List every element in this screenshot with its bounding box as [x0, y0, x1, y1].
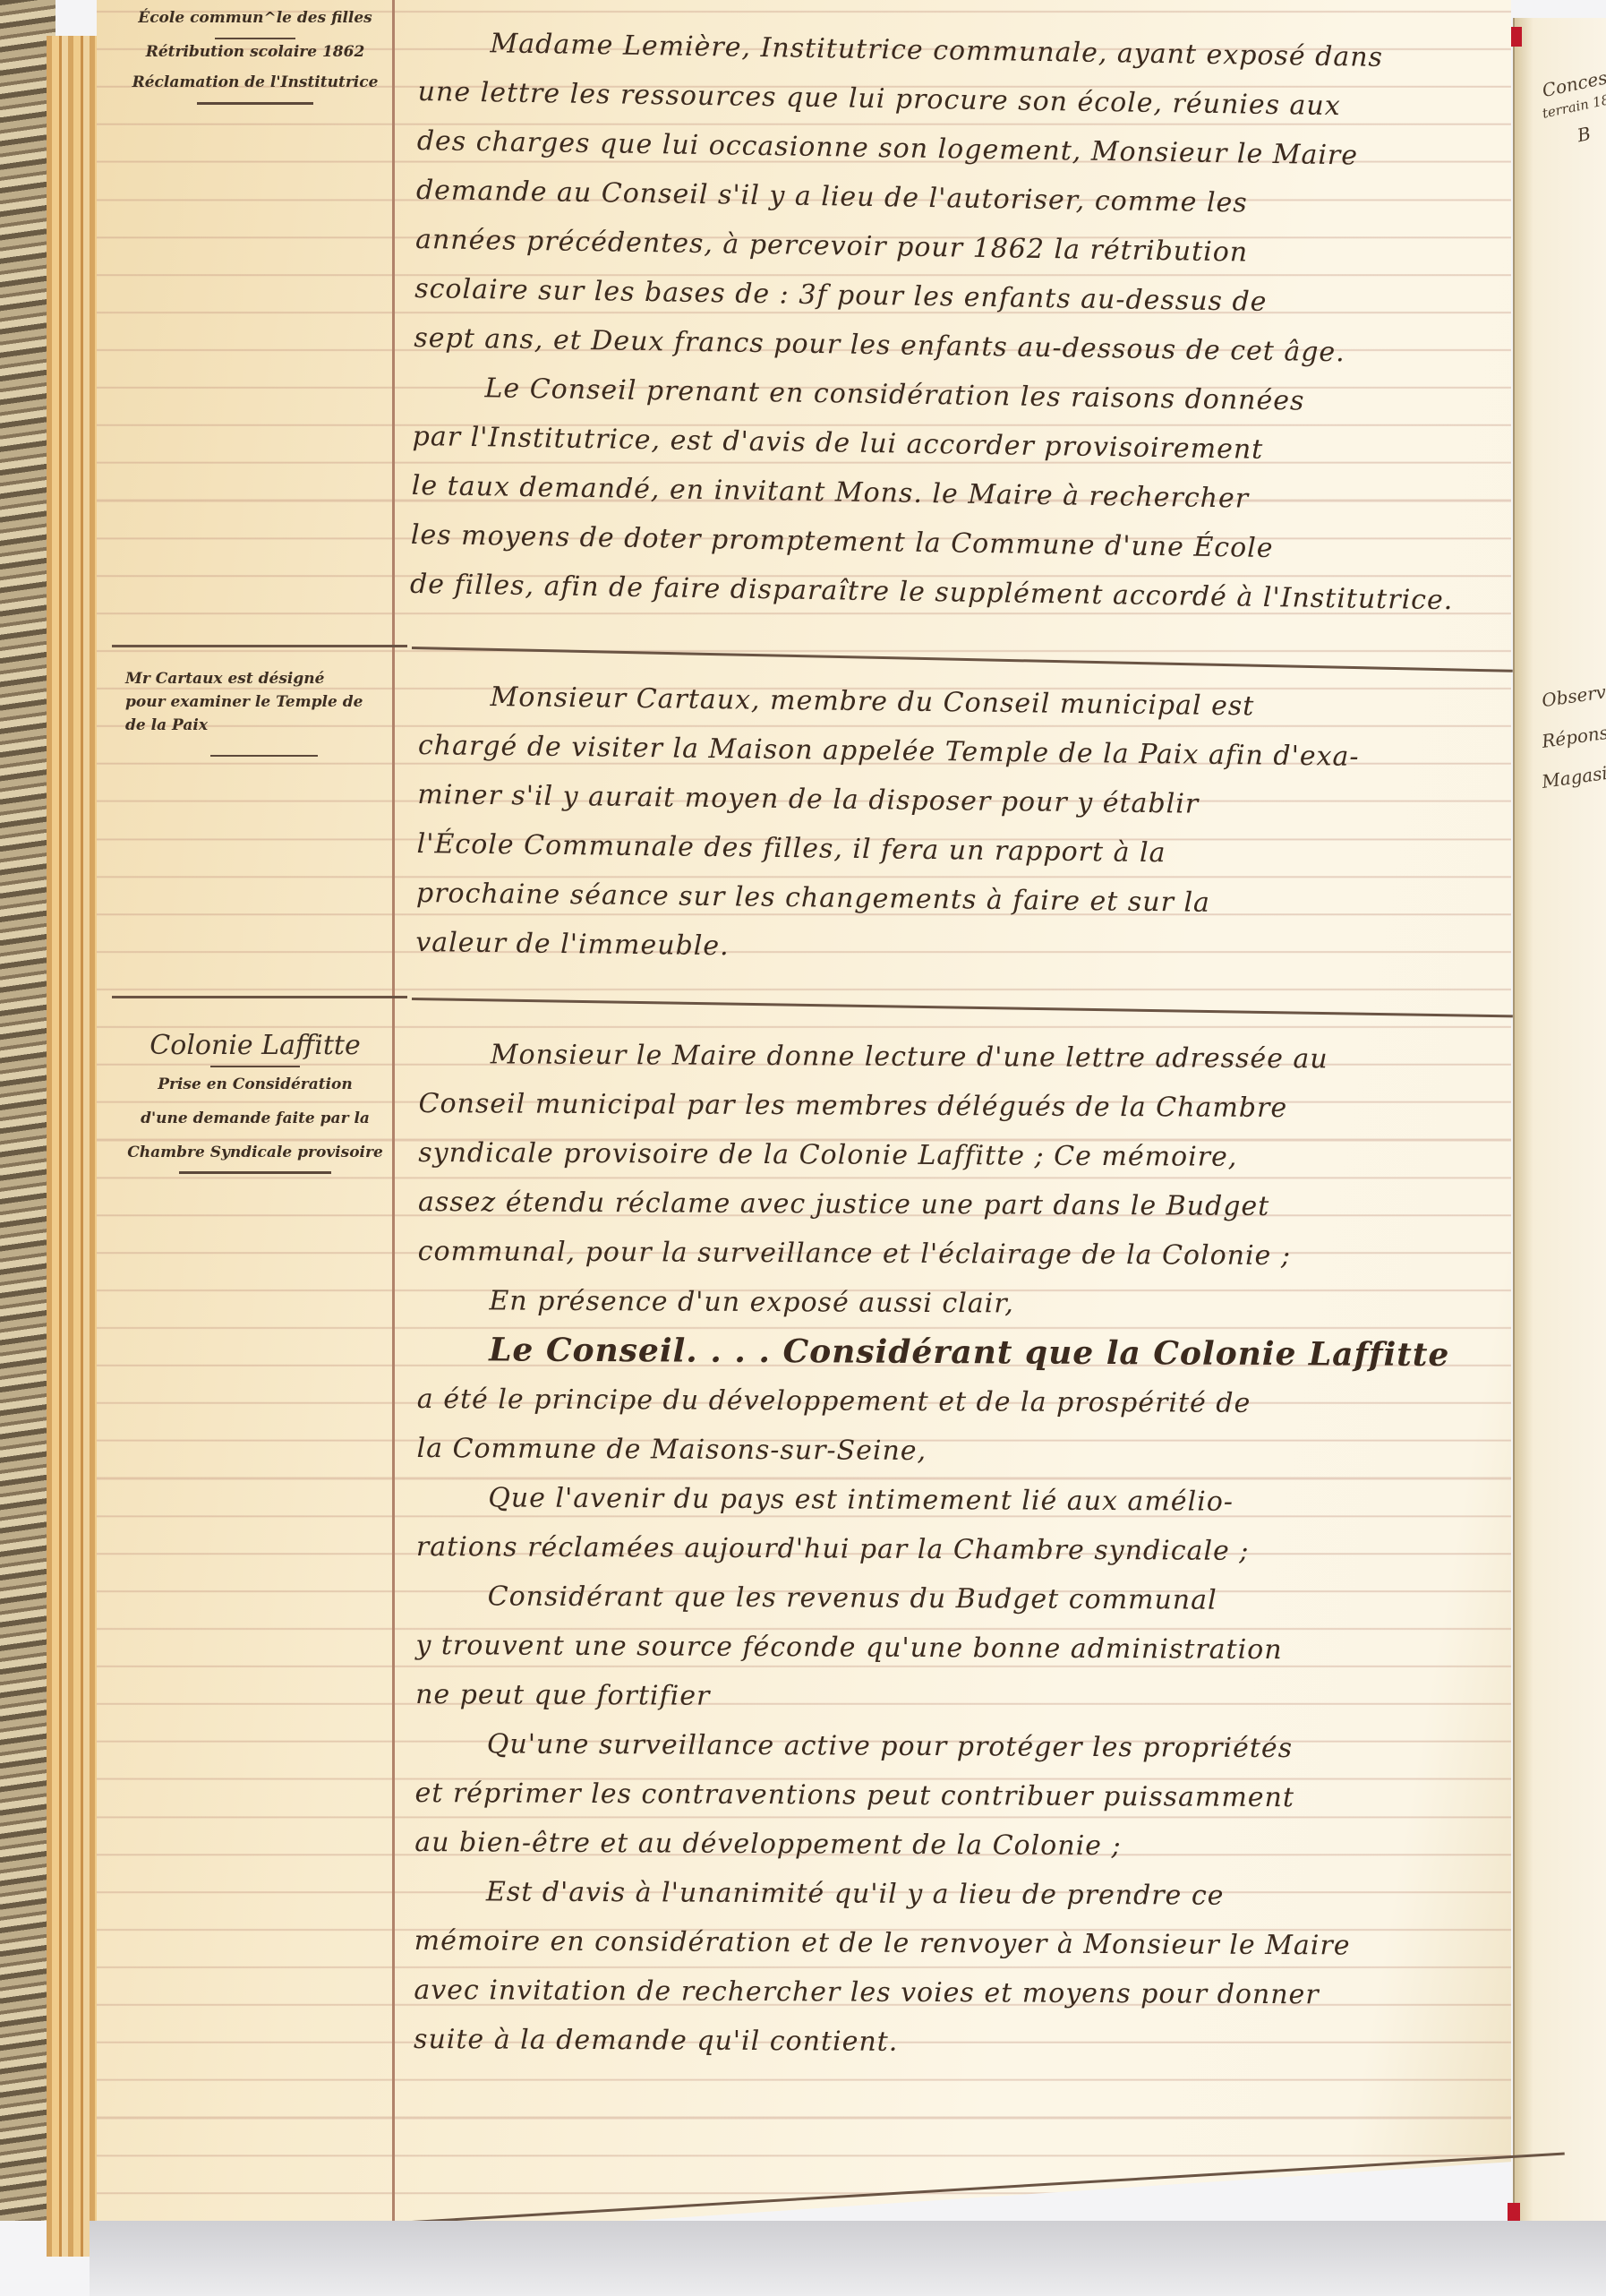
text-line: Le Conseil. . . . Considérant que la Col…	[417, 1325, 1527, 1380]
text-line: avec invitation de rechercher les voies …	[414, 1966, 1524, 2020]
margin-note-line: de la Paix	[125, 714, 403, 737]
text-line: Conseil municipal par les membres délégu…	[418, 1079, 1528, 1134]
text-line: Que l'avenir du pays est intimement lié …	[416, 1473, 1526, 1528]
text-line: syndicale provisoire de la Colonie Laffi…	[418, 1128, 1528, 1183]
margin-note-ecole-filles: École commun^le des filles Rétribution s…	[107, 0, 403, 105]
margin-note-line: Réclamation de l'Institutrice	[107, 64, 403, 100]
text-line: Considérant que les revenus du Budget co…	[416, 1572, 1526, 1626]
facing-page-fragment: Réponse	[1541, 720, 1606, 752]
facing-page-fragment: Observ.	[1541, 681, 1606, 711]
text-line: y trouvent une source féconde qu'une bon…	[415, 1621, 1525, 1675]
text-line: mémoire en considération et de le renvoy…	[414, 1916, 1525, 1971]
background-surface	[90, 2221, 1606, 2296]
note-underline	[179, 1171, 331, 1174]
text-line: au bien-être et au développement de la C…	[414, 1818, 1525, 1872]
margin-note-cartaux: Mr Cartaux est désigné pour examiner le …	[107, 667, 403, 757]
text-line: la Commune de Maisons-sur-Seine,	[416, 1424, 1526, 1478]
section-divider	[112, 996, 407, 998]
text-line: ne peut que fortifier	[415, 1670, 1525, 1725]
text-line: rations réclamées aujourd'hui par la Cha…	[416, 1522, 1526, 1577]
note-underline	[210, 755, 318, 757]
section-divider	[112, 645, 407, 647]
facing-page-fragment: B	[1576, 123, 1593, 147]
text-line: assez étendu réclame avec justice une pa…	[418, 1178, 1528, 1232]
entry-cartaux: Monsieur Cartaux, membre du Conseil muni…	[415, 672, 1529, 981]
text-line: et réprimer les contraventions peut cont…	[414, 1769, 1525, 1823]
text-line: Monsieur le Maire donne lecture d'une le…	[419, 1030, 1529, 1084]
note-underline	[197, 102, 313, 105]
bookmark-ribbon-bottom	[1508, 2203, 1520, 2223]
text-line: a été le principe du développement et de…	[417, 1375, 1527, 1429]
entry-colonie-laffitte: Monsieur le Maire donne lecture d'une le…	[414, 1030, 1529, 2069]
entry-ecole-filles: Madame Lemière, Institutrice communale, …	[410, 18, 1529, 626]
margin-note-line: Chambre Syndicale provisoire	[107, 1135, 403, 1169]
text-line: Qu'une surveillance active pour protéger…	[415, 1719, 1525, 1774]
text-line: suite à la demande qu'il contient.	[414, 2015, 1524, 2069]
margin-note-line: pour examiner le Temple de	[125, 690, 403, 714]
margin-note-line: Prise en Considération	[107, 1067, 403, 1101]
margin-note-title: Colonie Laffitte	[107, 1021, 403, 1071]
margin-note-line: Mr Cartaux est désigné	[125, 667, 403, 690]
text-line: Est d'avis à l'unanimité qu'il y a lieu …	[414, 1867, 1525, 1922]
margin-note-line: École commun^le des filles	[107, 0, 403, 36]
margin-note-line: d'une demande faite par la	[107, 1101, 403, 1135]
margin-note-colonie-laffitte: Colonie Laffitte Prise en Considération …	[107, 1021, 403, 1174]
facing-page-fragment: Magasin	[1541, 760, 1606, 792]
text-line: En présence d'un exposé aussi clair,	[417, 1276, 1527, 1331]
text-line: communal, pour la surveillance et l'écla…	[418, 1227, 1528, 1281]
